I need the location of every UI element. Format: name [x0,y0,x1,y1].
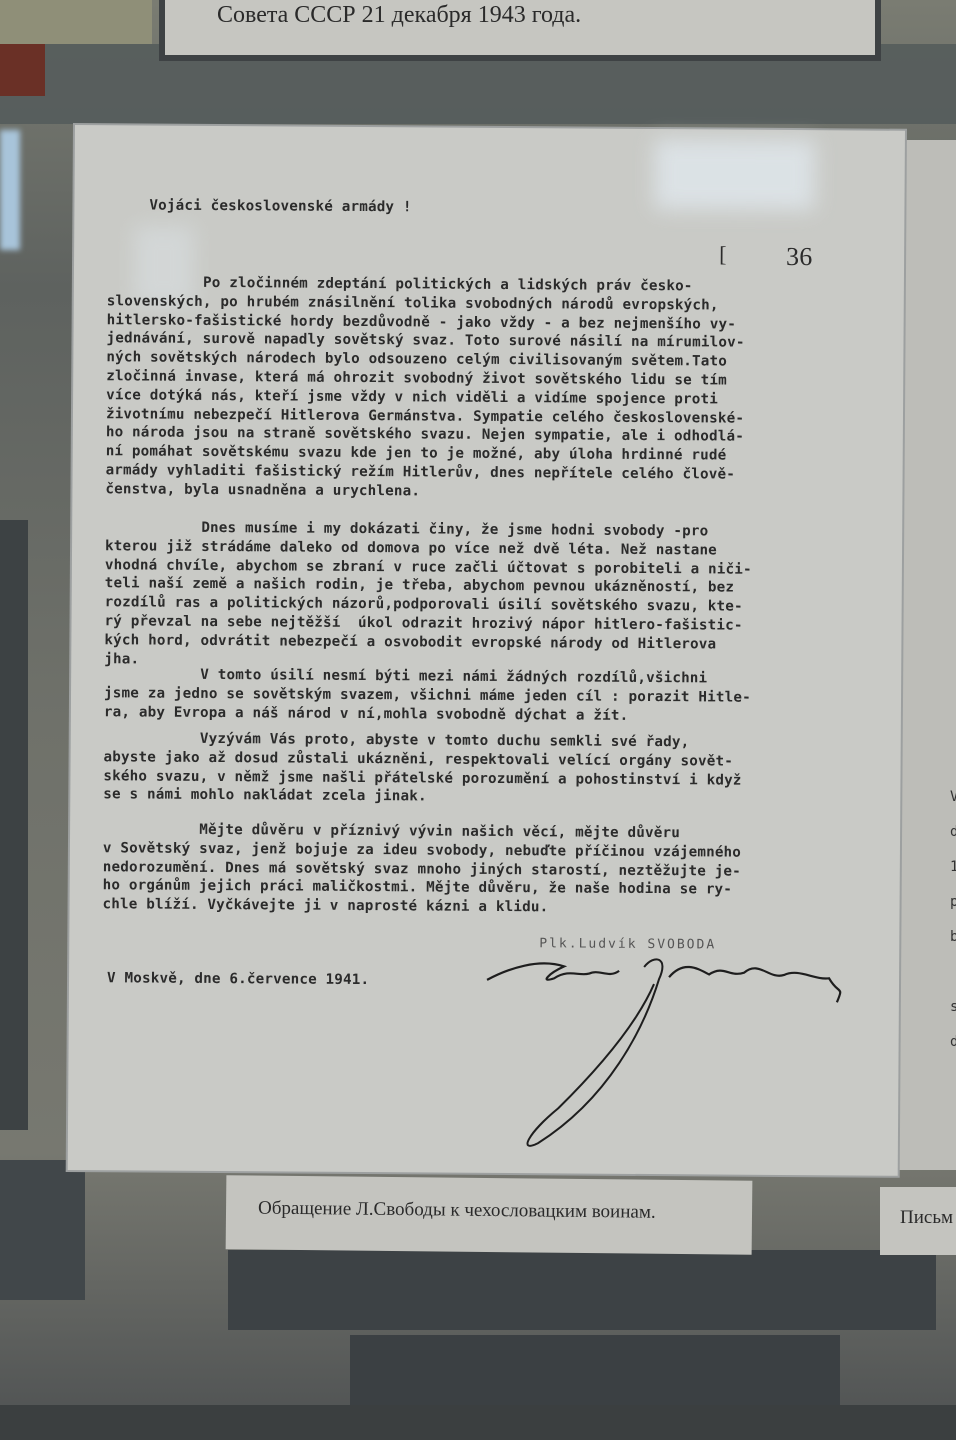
top-label-text: Совета СССР 21 декабря 1943 года. [217,2,581,29]
paragraph-2: Dnes musíme i my dokázati činy, že jsme … [104,518,865,674]
left-dark-column [0,520,28,1130]
right-document-letters: V d 1 p b s dů [950,780,956,1060]
exhibit-caption-partial: Письм [880,1187,956,1255]
top-exhibit-label: Совета СССР 21 декабря 1943 года. [165,0,875,55]
floor-band [0,1405,956,1440]
paragraph-4: Vyzývám Vás proto, abyste v tomto duchu … [103,729,864,809]
paragraph-1: Po zločinném zdeptání politických a lids… [105,273,867,504]
red-square [0,44,45,96]
lower-dark-panel [228,1250,936,1330]
exhibit-caption: Обращение Л.Свободы к чехословацким воин… [226,1175,753,1255]
salutation: Vojáci československé armády ! [149,198,411,216]
page-mark: [ [719,242,727,268]
caption-partial-text: Письм [900,1207,953,1229]
paragraph-3: V tomto úsilí nesmí býti mezi námi žádný… [104,665,864,727]
page-number: 36 [786,242,813,272]
light-reflection [0,130,20,250]
lower-left-panel [0,1160,85,1300]
top-left-panel [0,0,152,44]
lower-dark-panel-2 [350,1335,840,1410]
handwritten-signature-icon [468,938,870,1161]
caption-text: Обращение Л.Свободы к чехословацким воин… [258,1198,656,1224]
paragraph-5: Mějte důvěru v příznivý vývin našich věc… [102,820,863,919]
dark-band [0,44,956,124]
typed-letter-document: Vojáci československé armády ! [ 36 Po z… [68,125,905,1176]
place-and-date: V Moskvě, dne 6.července 1941. [107,970,369,988]
document-body: Vojáci československé armády ! [ 36 Po z… [68,125,905,1176]
